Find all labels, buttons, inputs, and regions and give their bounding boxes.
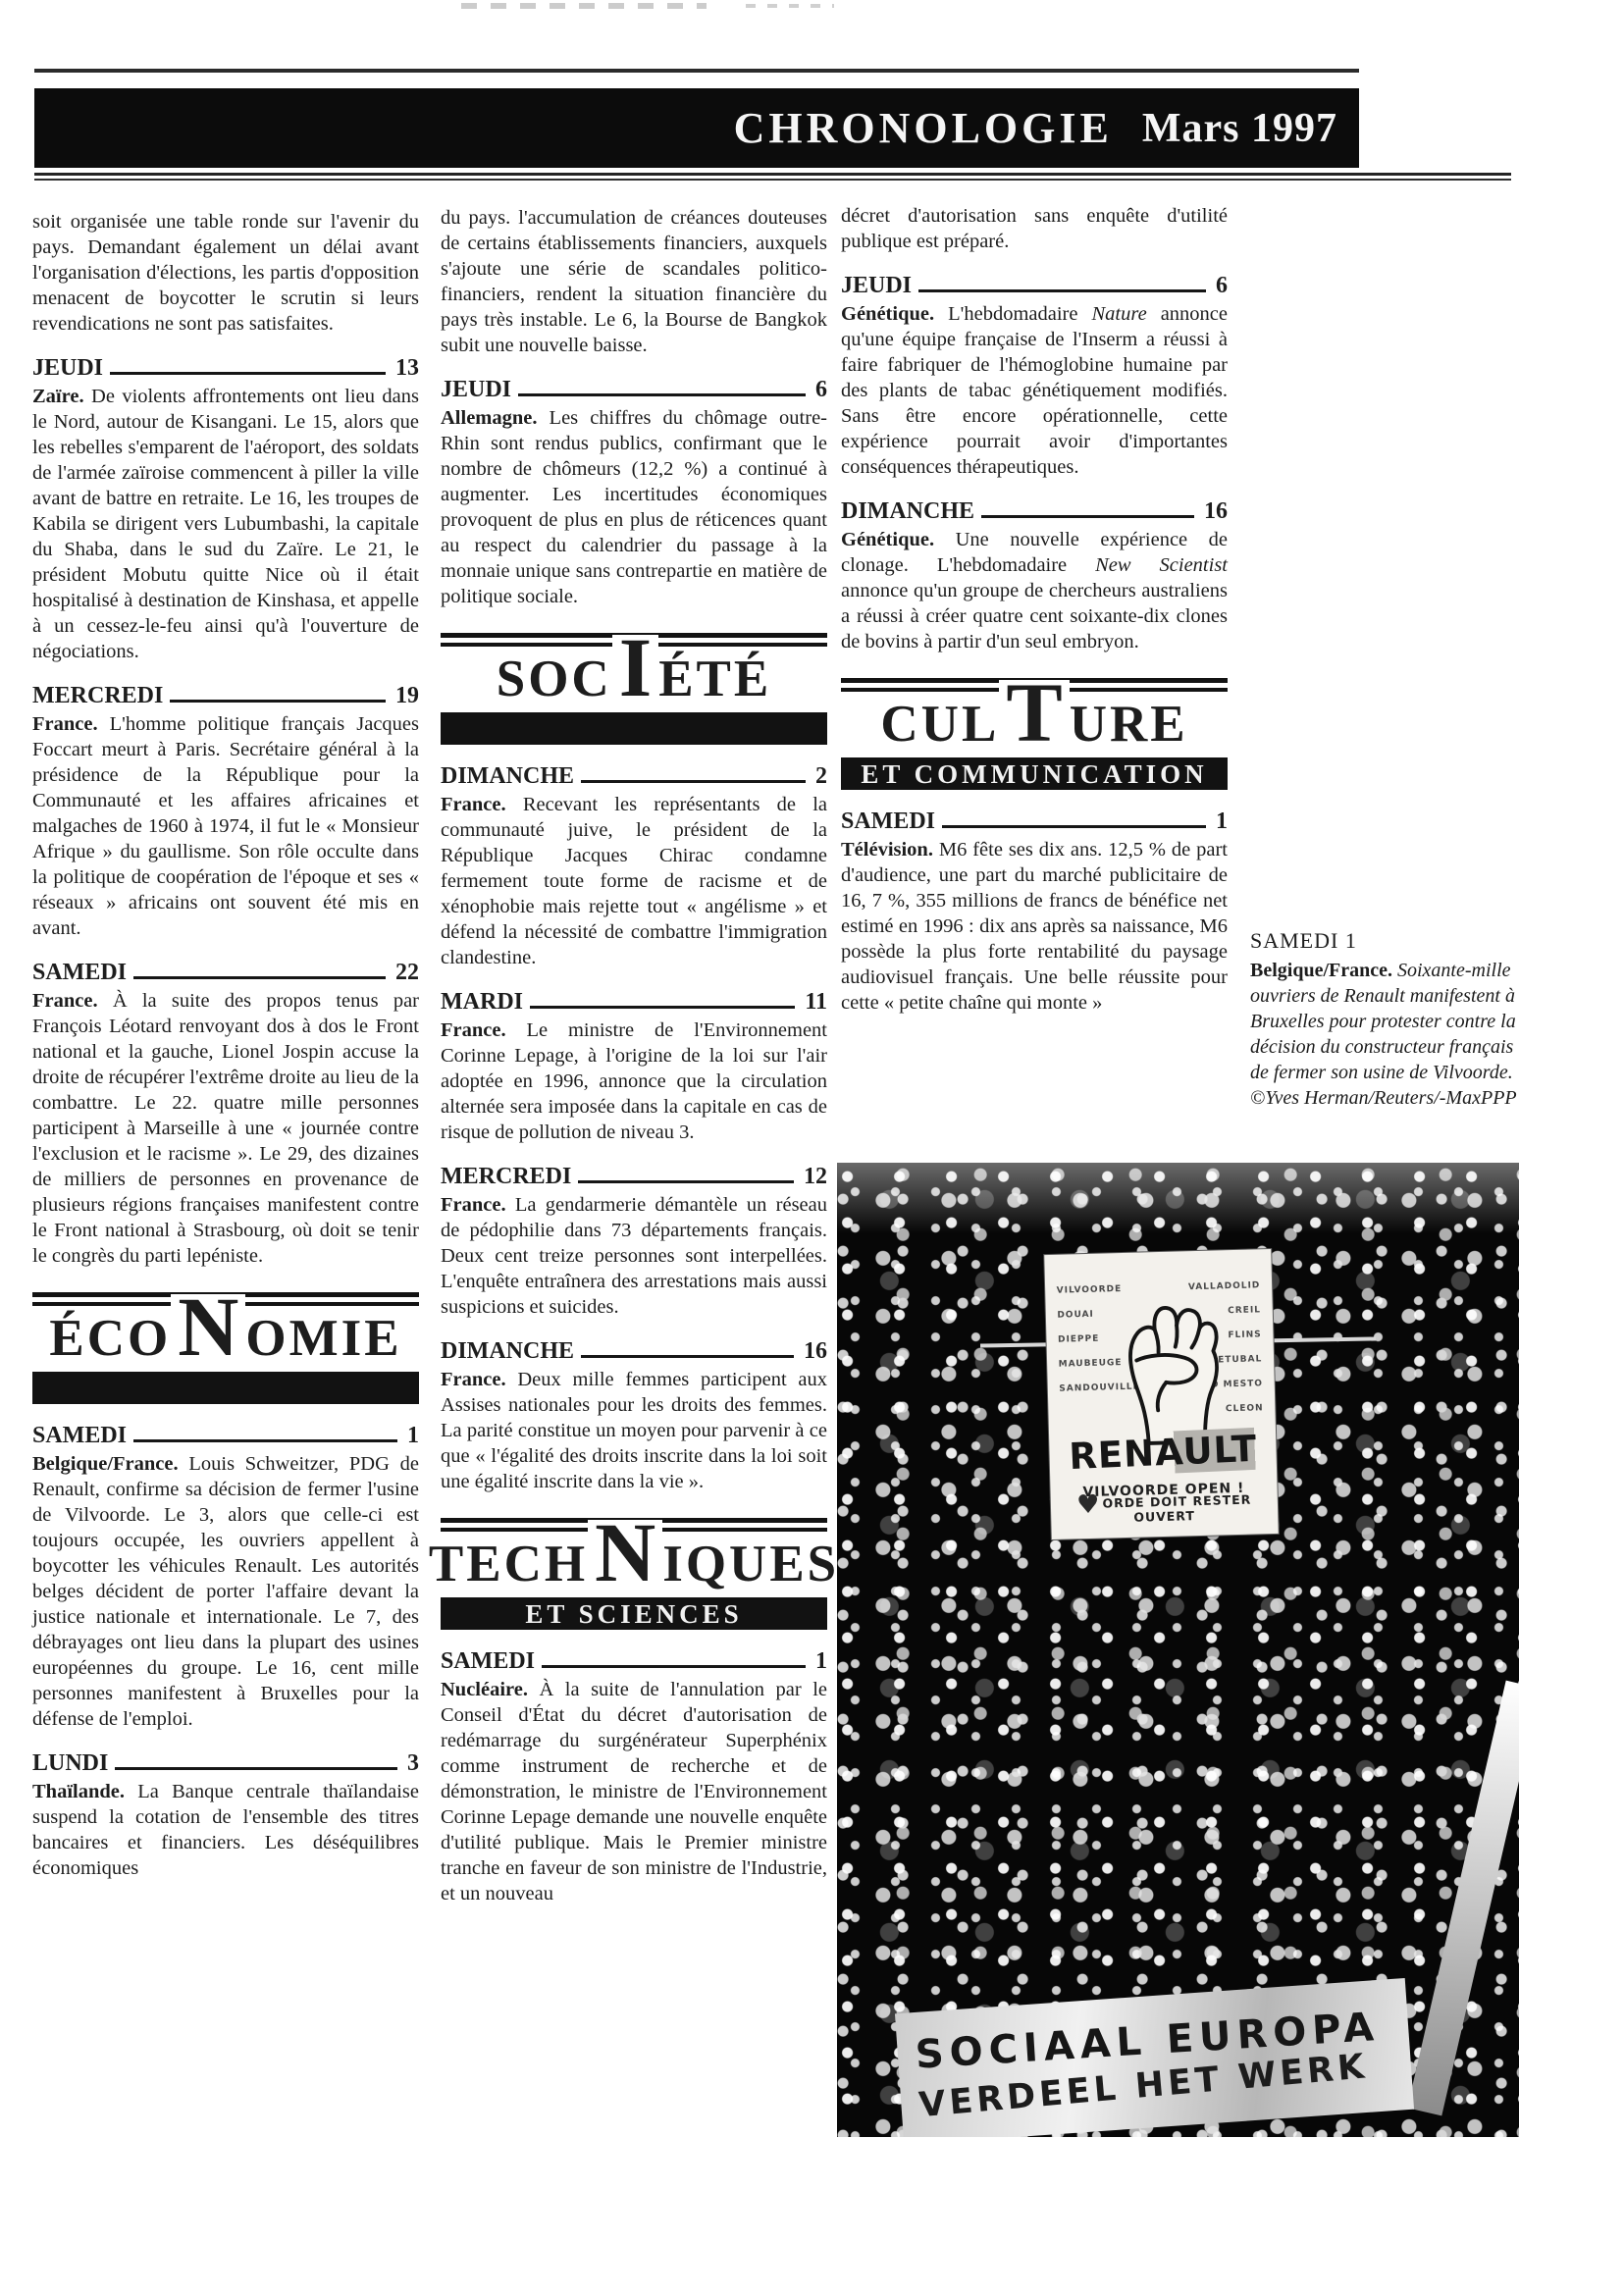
entry-day: MARDI [441,989,523,1015]
poster-brand-text: RENAULT [1054,1428,1273,1480]
leader-line [133,1439,397,1442]
entry-text: À la suite des propos tenus par François… [32,990,419,1267]
entry-date-row: MERCREDI 19 [32,683,419,708]
scan-artifact [746,4,834,8]
entry-topic: Nucléaire. [441,1679,528,1700]
heart-icon: ♥ [1076,1490,1101,1521]
page-title: CHRONOLOGIE [734,103,1113,153]
leader-line [581,780,806,783]
entry-date-row: SAMEDI 1 [441,1648,827,1674]
leader-line [918,289,1206,292]
entry-day: DIMANCHE [441,1338,574,1364]
section-header-techniques: TECHNIQUES ET SCIENCES [441,1518,827,1630]
entry-day-number: 6 [815,377,827,402]
section-title-part: URE [1070,699,1188,751]
entry-date-row: DIMANCHE 16 [841,498,1228,524]
caption-day: SAMEDI [1250,928,1338,953]
intro-paragraph: soit organisée une table ronde sur l'ave… [32,209,419,337]
entry-day-number: 13 [395,355,419,381]
masthead-top-rule [34,69,1359,73]
entry-topic: Zaïre. [32,386,84,407]
entry-dimanche-16: DIMANCHE 16 France. Deux mille femmes pa… [441,1338,827,1494]
section-title-bigletter: N [171,1294,245,1360]
protest-banner: SOCIAAL EUROPA VERDEEL HET WERK [895,1978,1414,2137]
leader-line [542,1665,806,1668]
entry-day-number: 1 [407,1423,419,1448]
entry-mercredi-19: MERCREDI 19 France. L'homme politique fr… [32,683,419,941]
photo-caption: SAMEDI 1 Belgique/France. Soixante-mille… [1250,928,1525,1111]
entry-topic: France. [32,990,98,1012]
section-title-part: IQUES [662,1539,839,1591]
entry-date-row: LUNDI 3 [32,1750,419,1776]
intro-paragraph: du pays. l'accumulation de créances dout… [441,205,827,358]
entry-dimanche-2: DIMANCHE 2 France. Recevant les représen… [441,763,827,970]
section-title-part: ÉCO [49,1313,171,1365]
entry-date-row: MERCREDI 12 [441,1164,827,1189]
entry-topic: Belgique/France. [32,1453,179,1475]
section-title-part: CUL [880,699,999,751]
leader-line [942,825,1206,828]
masthead-under-rule [34,173,1511,181]
section-title-part: TECH [429,1539,588,1591]
renault-protest-poster: VILVOORDE DOUAI DIEPPE MAUBEUGE SANDOUVI… [1045,1249,1279,1539]
section-title-bigletter: T [999,680,1069,746]
section-black-bar [32,1372,419,1404]
section-title-part: ÉTÉ [658,653,771,705]
section-title-part: OMIE [245,1313,401,1365]
entry-day-number: 3 [407,1750,419,1776]
entry-day-number: 12 [804,1164,827,1189]
entry-date-row: SAMEDI 1 [841,808,1228,834]
entry-day-number: 16 [804,1338,827,1364]
entry-day: MERCREDI [32,683,163,708]
section-header-economie: ÉCONOMIE [32,1292,419,1404]
entry-topic: Télévision. [841,839,933,861]
entry-topic: France. [32,713,98,735]
journal-name: Nature [1091,303,1146,325]
leader-line [115,1767,397,1770]
entry-day: MERCREDI [441,1164,571,1189]
intro-paragraph: décret d'autorisation sans enquête d'uti… [841,203,1228,254]
entry-mercredi-12: MERCREDI 12 France. La gendarmerie déman… [441,1164,827,1320]
entry-jeudi-6-genetique: JEUDI 6 Génétique. L'hebdomadaire Nature… [841,273,1228,480]
section-black-bar: ET COMMUNICATION [841,757,1228,790]
leader-line [133,976,386,979]
entry-day-number: 1 [1216,808,1228,834]
entry-text: annonce qu'un groupe de chercheurs austr… [841,580,1228,652]
entry-day-number: 11 [805,989,827,1015]
caption-day-number: 1 [1345,928,1357,953]
entry-date-row: DIMANCHE 16 [441,1338,827,1364]
entry-day: LUNDI [32,1750,108,1776]
entry-text: Louis Schweitzer, PDG de Renault, confir… [32,1453,419,1730]
entry-date-row: JEUDI 6 [441,377,827,402]
leader-line [581,1355,794,1358]
entry-day-number: 22 [395,960,419,985]
entry-day-number: 1 [815,1648,827,1674]
entry-text: Les chiffres du chômage outre-Rhin sont … [441,407,827,607]
poster-slogan-fr-text: ORDE DOIT RESTER OUVERT [1103,1492,1252,1525]
entry-day-number: 19 [395,683,419,708]
entry-day: JEUDI [841,273,912,298]
entry-jeudi-13: JEUDI 13 Zaïre. De violents affrontement… [32,355,419,664]
entry-day: DIMANCHE [841,498,974,524]
section-title: ÉCONOMIE [32,1294,419,1365]
entry-topic: Thaïlande. [32,1781,125,1802]
entry-samedi-1-economie: SAMEDI 1 Belgique/France. Louis Schweitz… [32,1423,419,1732]
entry-samedi-1-television: SAMEDI 1 Télévision. M6 fête ses dix ans… [841,808,1228,1016]
entry-lundi-3-economie: LUNDI 3 Thaïlande. La Banque centrale th… [32,1750,419,1881]
leader-line [530,1006,795,1009]
journal-name: New Scientist [1095,554,1228,576]
leader-line [518,393,806,396]
leader-line [170,700,386,703]
caption-topic: Belgique/France. [1250,960,1392,981]
entry-day-number: 16 [1204,498,1228,524]
white-flag-streak [1407,1681,1519,2115]
column-2: du pays. l'accumulation de créances dout… [441,205,827,1906]
entry-date-row: SAMEDI 22 [32,960,419,985]
entry-date-row: DIMANCHE 2 [441,763,827,789]
entry-topic: France. [441,1019,506,1041]
entry-topic: France. [441,794,506,815]
column-3: décret d'autorisation sans enquête d'uti… [841,203,1228,1016]
caption-date: SAMEDI 1 [1250,928,1525,954]
scan-artifact [461,3,707,9]
entry-day: DIMANCHE [441,763,574,789]
masthead-bar: CHRONOLOGIE Mars 1997 [34,88,1359,168]
section-title-part: SOC [497,653,612,705]
magazine-page: CHRONOLOGIE Mars 1997 soit organisée une… [0,0,1624,2295]
entry-topic: Génétique. [841,529,934,550]
section-title-bigletter: I [612,635,658,701]
entry-day: SAMEDI [32,960,127,985]
entry-jeudi-6-allemagne: JEUDI 6 Allemagne. Les chiffres du chôma… [441,377,827,609]
entry-samedi-22: SAMEDI 22 France. À la suite des propos … [32,960,419,1269]
entry-date-row: MARDI 11 [441,989,827,1015]
demonstration-photo: VILVOORDE DOUAI DIEPPE MAUBEUGE SANDOUVI… [837,1163,1519,2137]
entry-topic: France. [441,1194,506,1216]
entry-day-number: 2 [815,763,827,789]
entry-topic: France. [441,1369,506,1390]
entry-text: Recevant les représentants de la communa… [441,794,827,968]
entry-date-row: JEUDI 13 [32,355,419,381]
entry-text: À la suite de l'annulation par le Consei… [441,1679,827,1904]
entry-day: SAMEDI [32,1423,127,1448]
section-title: CULTURE [841,680,1228,751]
section-black-bar: ET SCIENCES [441,1597,827,1630]
entry-date-row: JEUDI 6 [841,273,1228,298]
page-date: Mars 1997 [1142,105,1337,152]
section-header-societe: SOCIÉTÉ [441,633,827,745]
photo-credit: ©Yves Herman/Reuters/-MaxPPP [1250,1087,1517,1109]
section-title: SOCIÉTÉ [441,635,827,705]
leader-line [981,515,1194,518]
entry-samedi-1-nucleaire: SAMEDI 1 Nucléaire. À la suite de l'annu… [441,1648,827,1906]
entry-day-number: 6 [1216,273,1228,298]
raised-fist-icon [1095,1271,1227,1450]
entry-dimanche-16-genetique: DIMANCHE 16 Génétique. Une nouvelle expé… [841,498,1228,654]
poster-slogan-fr: ♥ORDE DOIT RESTER OUVERT [1051,1491,1278,1527]
entry-day: SAMEDI [441,1648,535,1674]
column-1: soit organisée une table ronde sur l'ave… [32,209,419,1881]
section-header-culture: CULTURE ET COMMUNICATION [841,678,1228,790]
entry-text: M6 fête ses dix ans. 12,5 % de part d'au… [841,839,1228,1014]
entry-day: SAMEDI [841,808,935,834]
entry-text: annonce qu'une équipe française de l'Ins… [841,303,1228,478]
entry-text: L'homme politique français Jacques Focca… [32,713,419,939]
section-title: TECHNIQUES [441,1520,827,1591]
entry-day: JEUDI [32,355,103,381]
entry-topic: Génétique. [841,303,934,325]
section-title-bigletter: N [588,1520,662,1586]
entry-topic: Allemagne. [441,407,538,429]
leader-line [110,372,386,375]
entry-text: De violents affrontements ont lieu dans … [32,386,419,662]
section-black-bar [441,712,827,745]
entry-date-row: SAMEDI 1 [32,1423,419,1448]
entry-mardi-11: MARDI 11 France. Le ministre de l'Enviro… [441,989,827,1145]
entry-text: L'hebdomadaire [948,303,1091,325]
entry-day: JEUDI [441,377,511,402]
leader-line [578,1180,794,1183]
